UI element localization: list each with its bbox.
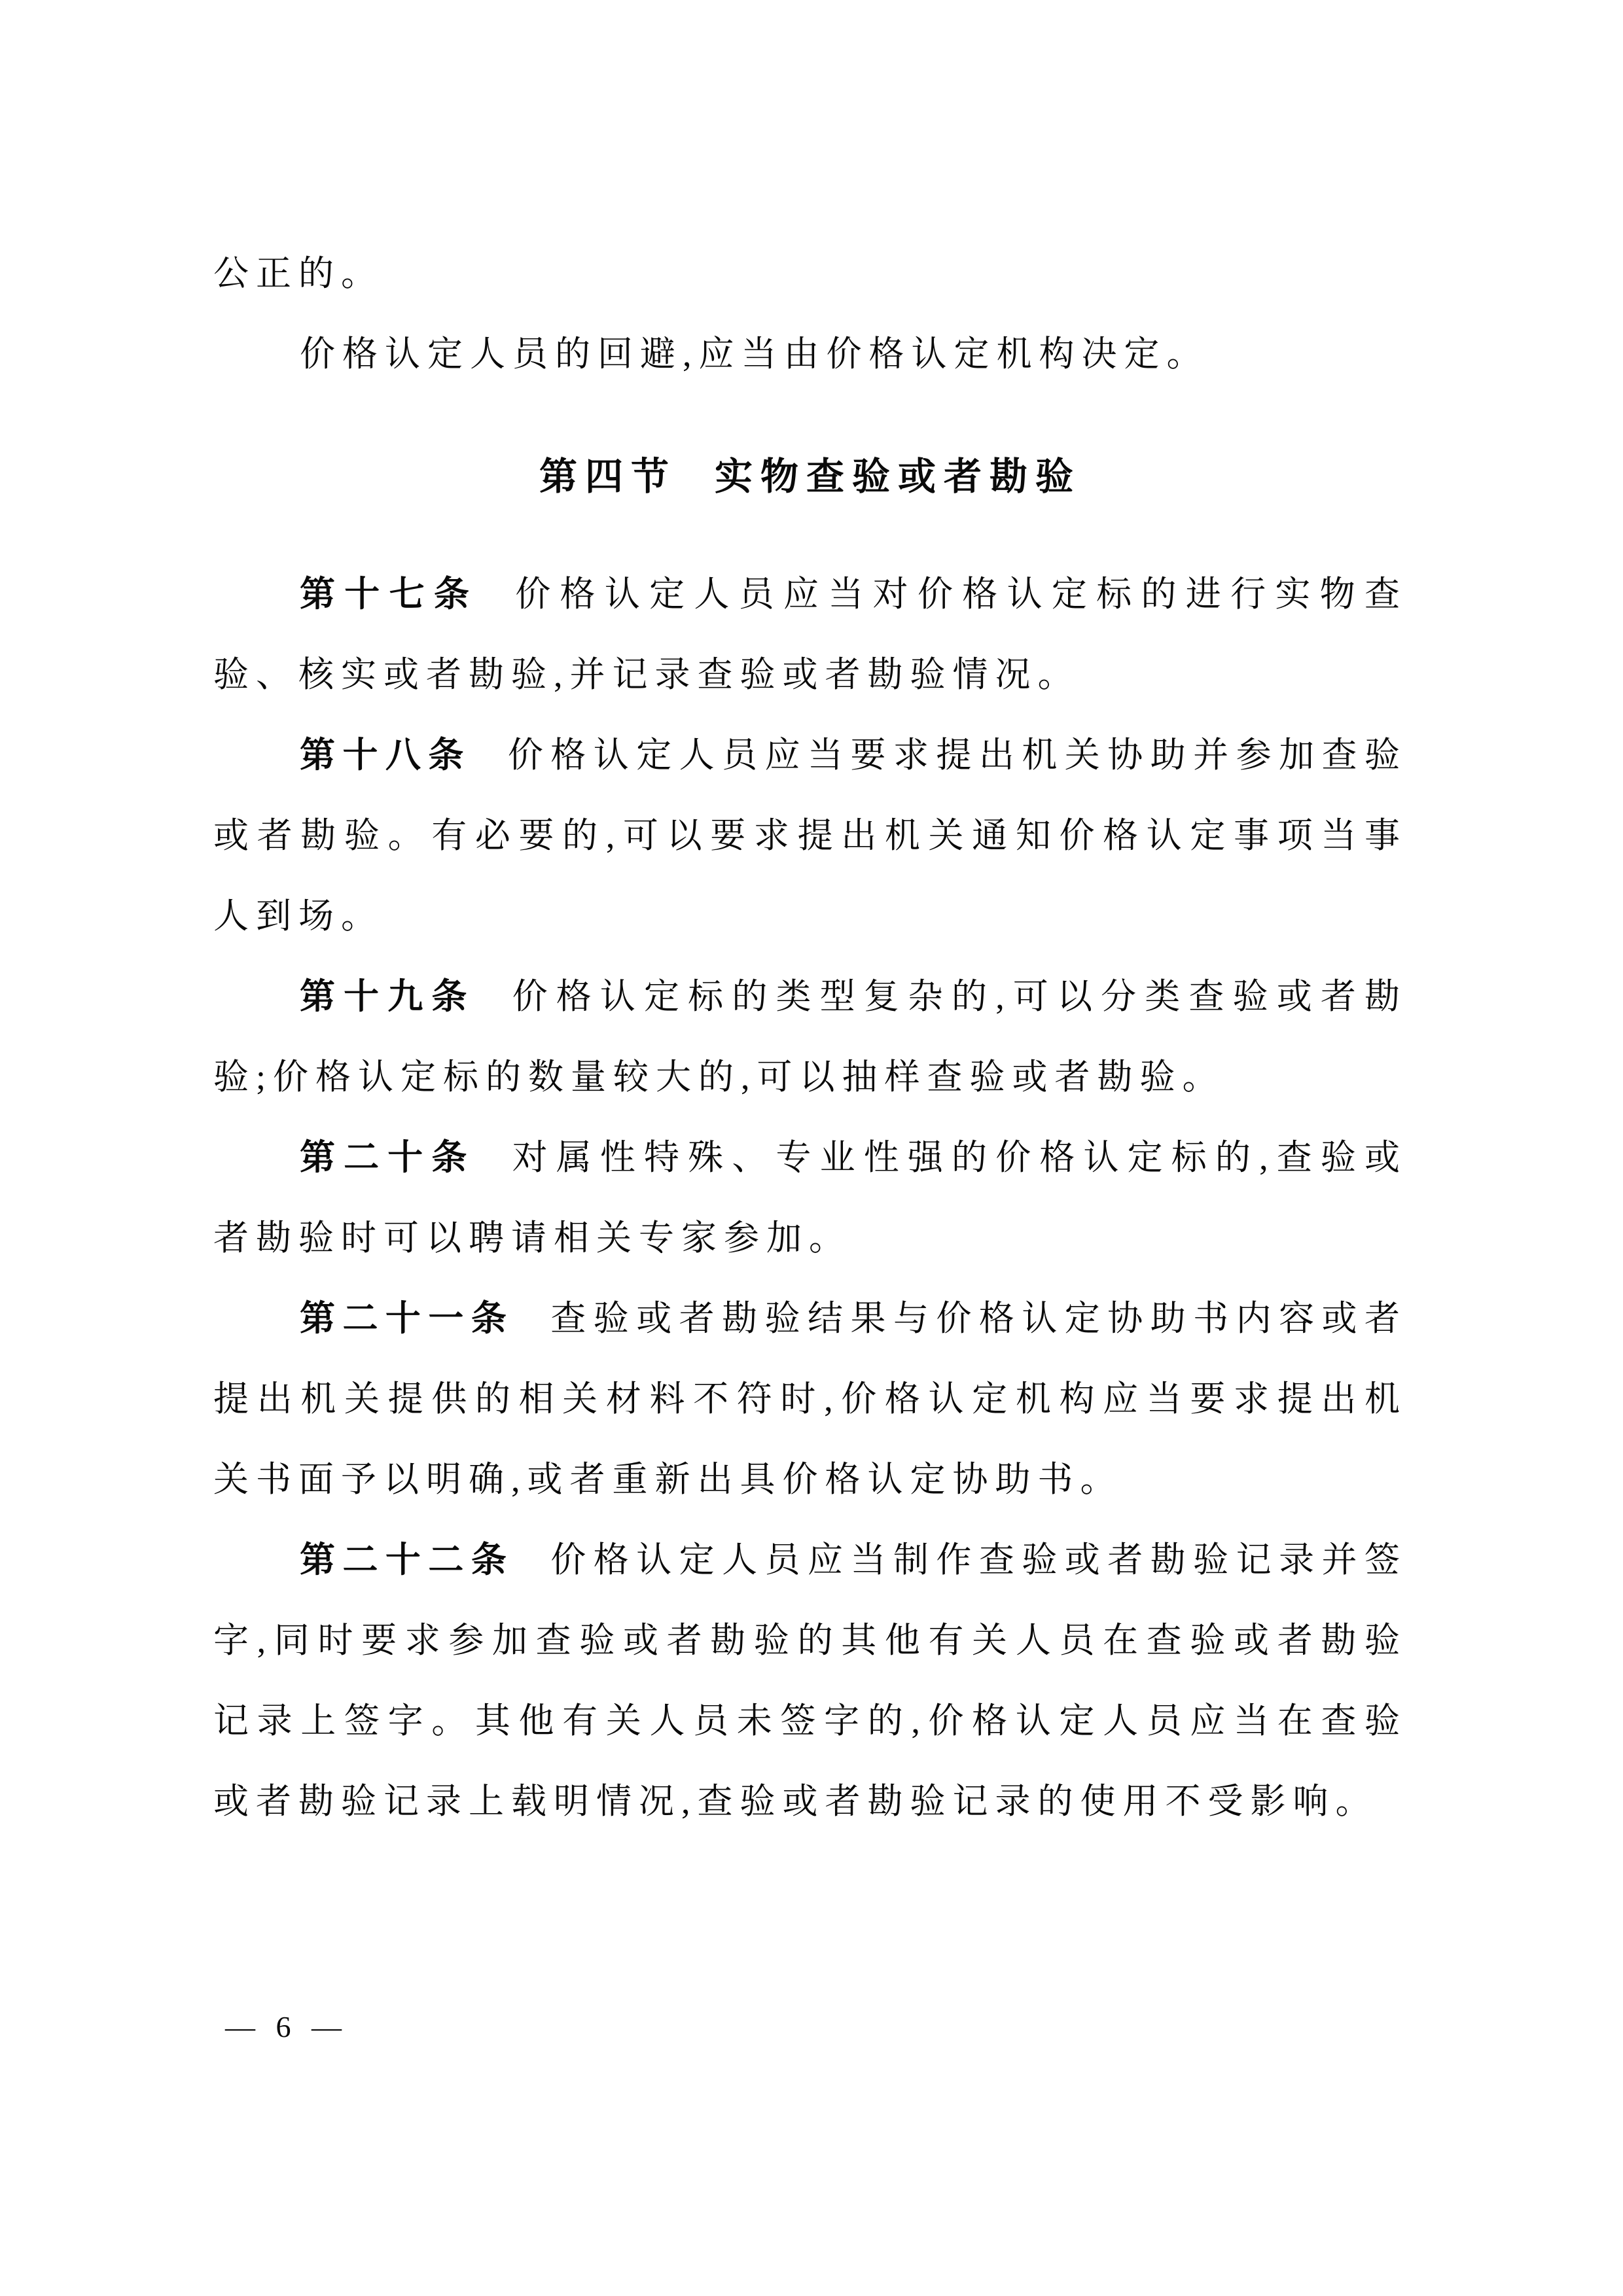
article-21-paragraph: 第二十一条查验或者勘验结果与价格认定协助书内容或者提出机关提供的相关材料不符时,…	[213, 1279, 1407, 1520]
article-20-paragraph: 第二十条对属性特殊、专业性强的价格认定标的,查验或者勘验时可以聘请相关专家参加。	[213, 1118, 1407, 1279]
article-22-number: 第二十二条	[300, 1540, 514, 1580]
page-body: 公正的。 价格认定人员的回避,应当由价格认定机构决定。 第四节实物查验或者勘验 …	[213, 234, 1407, 1842]
article-17-number: 第十七条	[300, 574, 478, 614]
section-heading-label: 第四节	[539, 455, 677, 498]
article-19-number: 第十九条	[300, 977, 476, 1016]
paragraph-continuation: 公正的。	[213, 234, 1407, 314]
paragraph-recusal: 价格认定人员的回避,应当由价格认定机构决定。	[213, 314, 1407, 395]
article-21-number: 第二十一条	[300, 1299, 514, 1338]
section-heading-title: 实物查验或者勘验	[715, 455, 1081, 498]
page-number-footer: — 6 —	[225, 2009, 348, 2045]
document-page: 公正的。 价格认定人员的回避,应当由价格认定机构决定。 第四节实物查验或者勘验 …	[0, 0, 1623, 2296]
article-17-paragraph: 第十七条价格认定人员应当对价格认定标的进行实物查验、核实或者勘验,并记录查验或者…	[213, 554, 1407, 715]
article-18-number: 第十八条	[300, 735, 471, 775]
article-22-text: 价格认定人员应当制作查验或者勘验记录并签字,同时要求参加查验或者勘验的其他有关人…	[213, 1540, 1407, 1821]
article-18-paragraph: 第十八条价格认定人员应当要求提出机关协助并参加查验或者勘验。有必要的,可以要求提…	[213, 715, 1407, 957]
article-22-paragraph: 第二十二条价格认定人员应当制作查验或者勘验记录并签字,同时要求参加查验或者勘验的…	[213, 1520, 1407, 1842]
section-heading: 第四节实物查验或者勘验	[213, 436, 1407, 517]
article-20-number: 第二十条	[300, 1138, 476, 1177]
article-19-paragraph: 第十九条价格认定标的类型复杂的,可以分类查验或者勘验;价格认定标的数量较大的,可…	[213, 957, 1407, 1118]
